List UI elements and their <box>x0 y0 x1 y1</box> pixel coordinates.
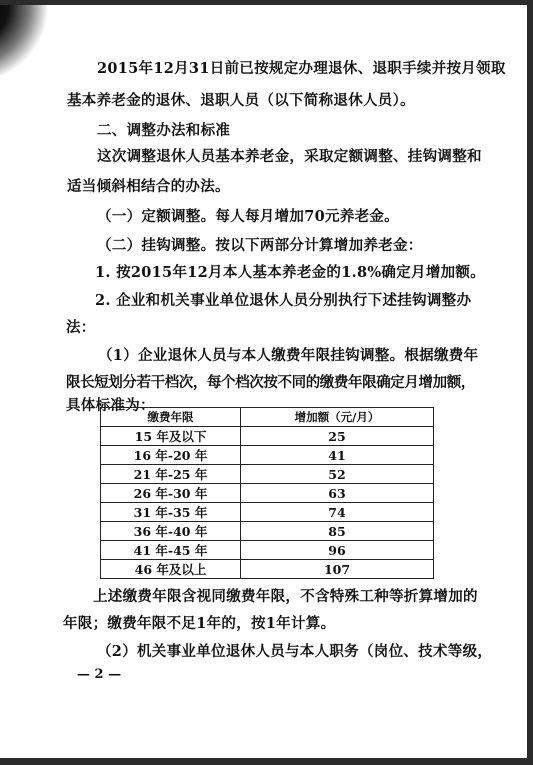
cell-years: 21 年-25 年 <box>101 465 241 484</box>
cell-amount: 52 <box>241 465 434 484</box>
cell-amount: 63 <box>241 484 434 503</box>
page-number: — 2 — <box>77 667 121 682</box>
cell-amount: 96 <box>241 541 434 560</box>
paragraph-line: 2. 企业和机关事业单位退休人员分别执行下述挂钩调整办 <box>95 292 471 310</box>
paragraph-line: 1. 按2015年12月本人基本养老金的1.8%确定月增加额。 <box>95 264 485 282</box>
table-row: 21 年-25 年52 <box>101 465 434 484</box>
table-row: 36 年-40 年85 <box>101 522 434 541</box>
paragraph-line: 适当倾斜相结合的办法。 <box>67 178 230 196</box>
paragraph-line: 上述缴费年限含视同缴费年限，不含特殊工种等折算增加的 <box>93 588 478 606</box>
cell-years: 36 年-40 年 <box>101 522 241 541</box>
table-header-row: 缴费年限 增加额（元/月） <box>101 408 434 427</box>
contribution-years-table: 缴费年限 增加额（元/月） 15 年及以下25 16 年-20 年41 21 年… <box>100 407 434 579</box>
paragraph-line: （2）机关事业单位退休人员与本人职务（岗位、技术等级， <box>97 643 492 661</box>
paragraph-line: 这次调整退休人员基本养老金，采取定额调整、挂钩调整和 <box>97 148 482 166</box>
scan-corner-shadow <box>0 5 68 83</box>
section-heading: 二、调整办法和标准 <box>97 122 230 140</box>
table-row: 41 年-45 年96 <box>101 541 434 560</box>
table-row: 46 年及以上107 <box>101 560 434 579</box>
cell-years: 15 年及以下 <box>101 427 241 446</box>
table-row: 15 年及以下25 <box>101 427 434 446</box>
paragraph-line: （1）企业退休人员与本人缴费年限挂钩调整。根据缴费年 <box>98 347 478 365</box>
cell-years: 46 年及以上 <box>101 560 241 579</box>
cell-amount: 74 <box>241 503 434 522</box>
cell-amount: 25 <box>241 427 434 446</box>
paragraph-line: 限长短划分若干档次，每个档次按不同的缴费年限确定月增加额， <box>66 374 475 392</box>
paragraph-line: 基本养老金的退休、退职人员（以下简称退休人员）。 <box>67 92 415 110</box>
paragraph-line: （二）挂钩调整。按以下两部分计算增加养老金： <box>97 237 423 255</box>
paragraph-line: 2015年12月31日前已按规定办理退休、退职手续并按月领取 <box>97 60 506 78</box>
paragraph-line: 法： <box>66 319 96 337</box>
cell-years: 41 年-45 年 <box>101 541 241 560</box>
table-row: 26 年-30 年63 <box>101 484 434 503</box>
paragraph-line: 年限；缴费年限不足1年的，按1年计算。 <box>63 615 335 633</box>
cell-amount: 85 <box>241 522 434 541</box>
cell-amount: 107 <box>241 560 434 579</box>
table-row: 31 年-35 年74 <box>101 503 434 522</box>
paragraph-line: （一）定额调整。每人每月增加70元养老金。 <box>97 208 399 226</box>
cell-years: 26 年-30 年 <box>101 484 241 503</box>
header-increase-amount: 增加额（元/月） <box>241 408 434 427</box>
cell-years: 16 年-20 年 <box>101 446 241 465</box>
cell-amount: 41 <box>241 446 434 465</box>
table-row: 16 年-20 年41 <box>101 446 434 465</box>
cell-years: 31 年-35 年 <box>101 503 241 522</box>
header-contribution-years: 缴费年限 <box>101 408 241 427</box>
document-page: 2015年12月31日前已按规定办理退休、退职手续并按月领取 基本养老金的退休、… <box>0 5 527 758</box>
